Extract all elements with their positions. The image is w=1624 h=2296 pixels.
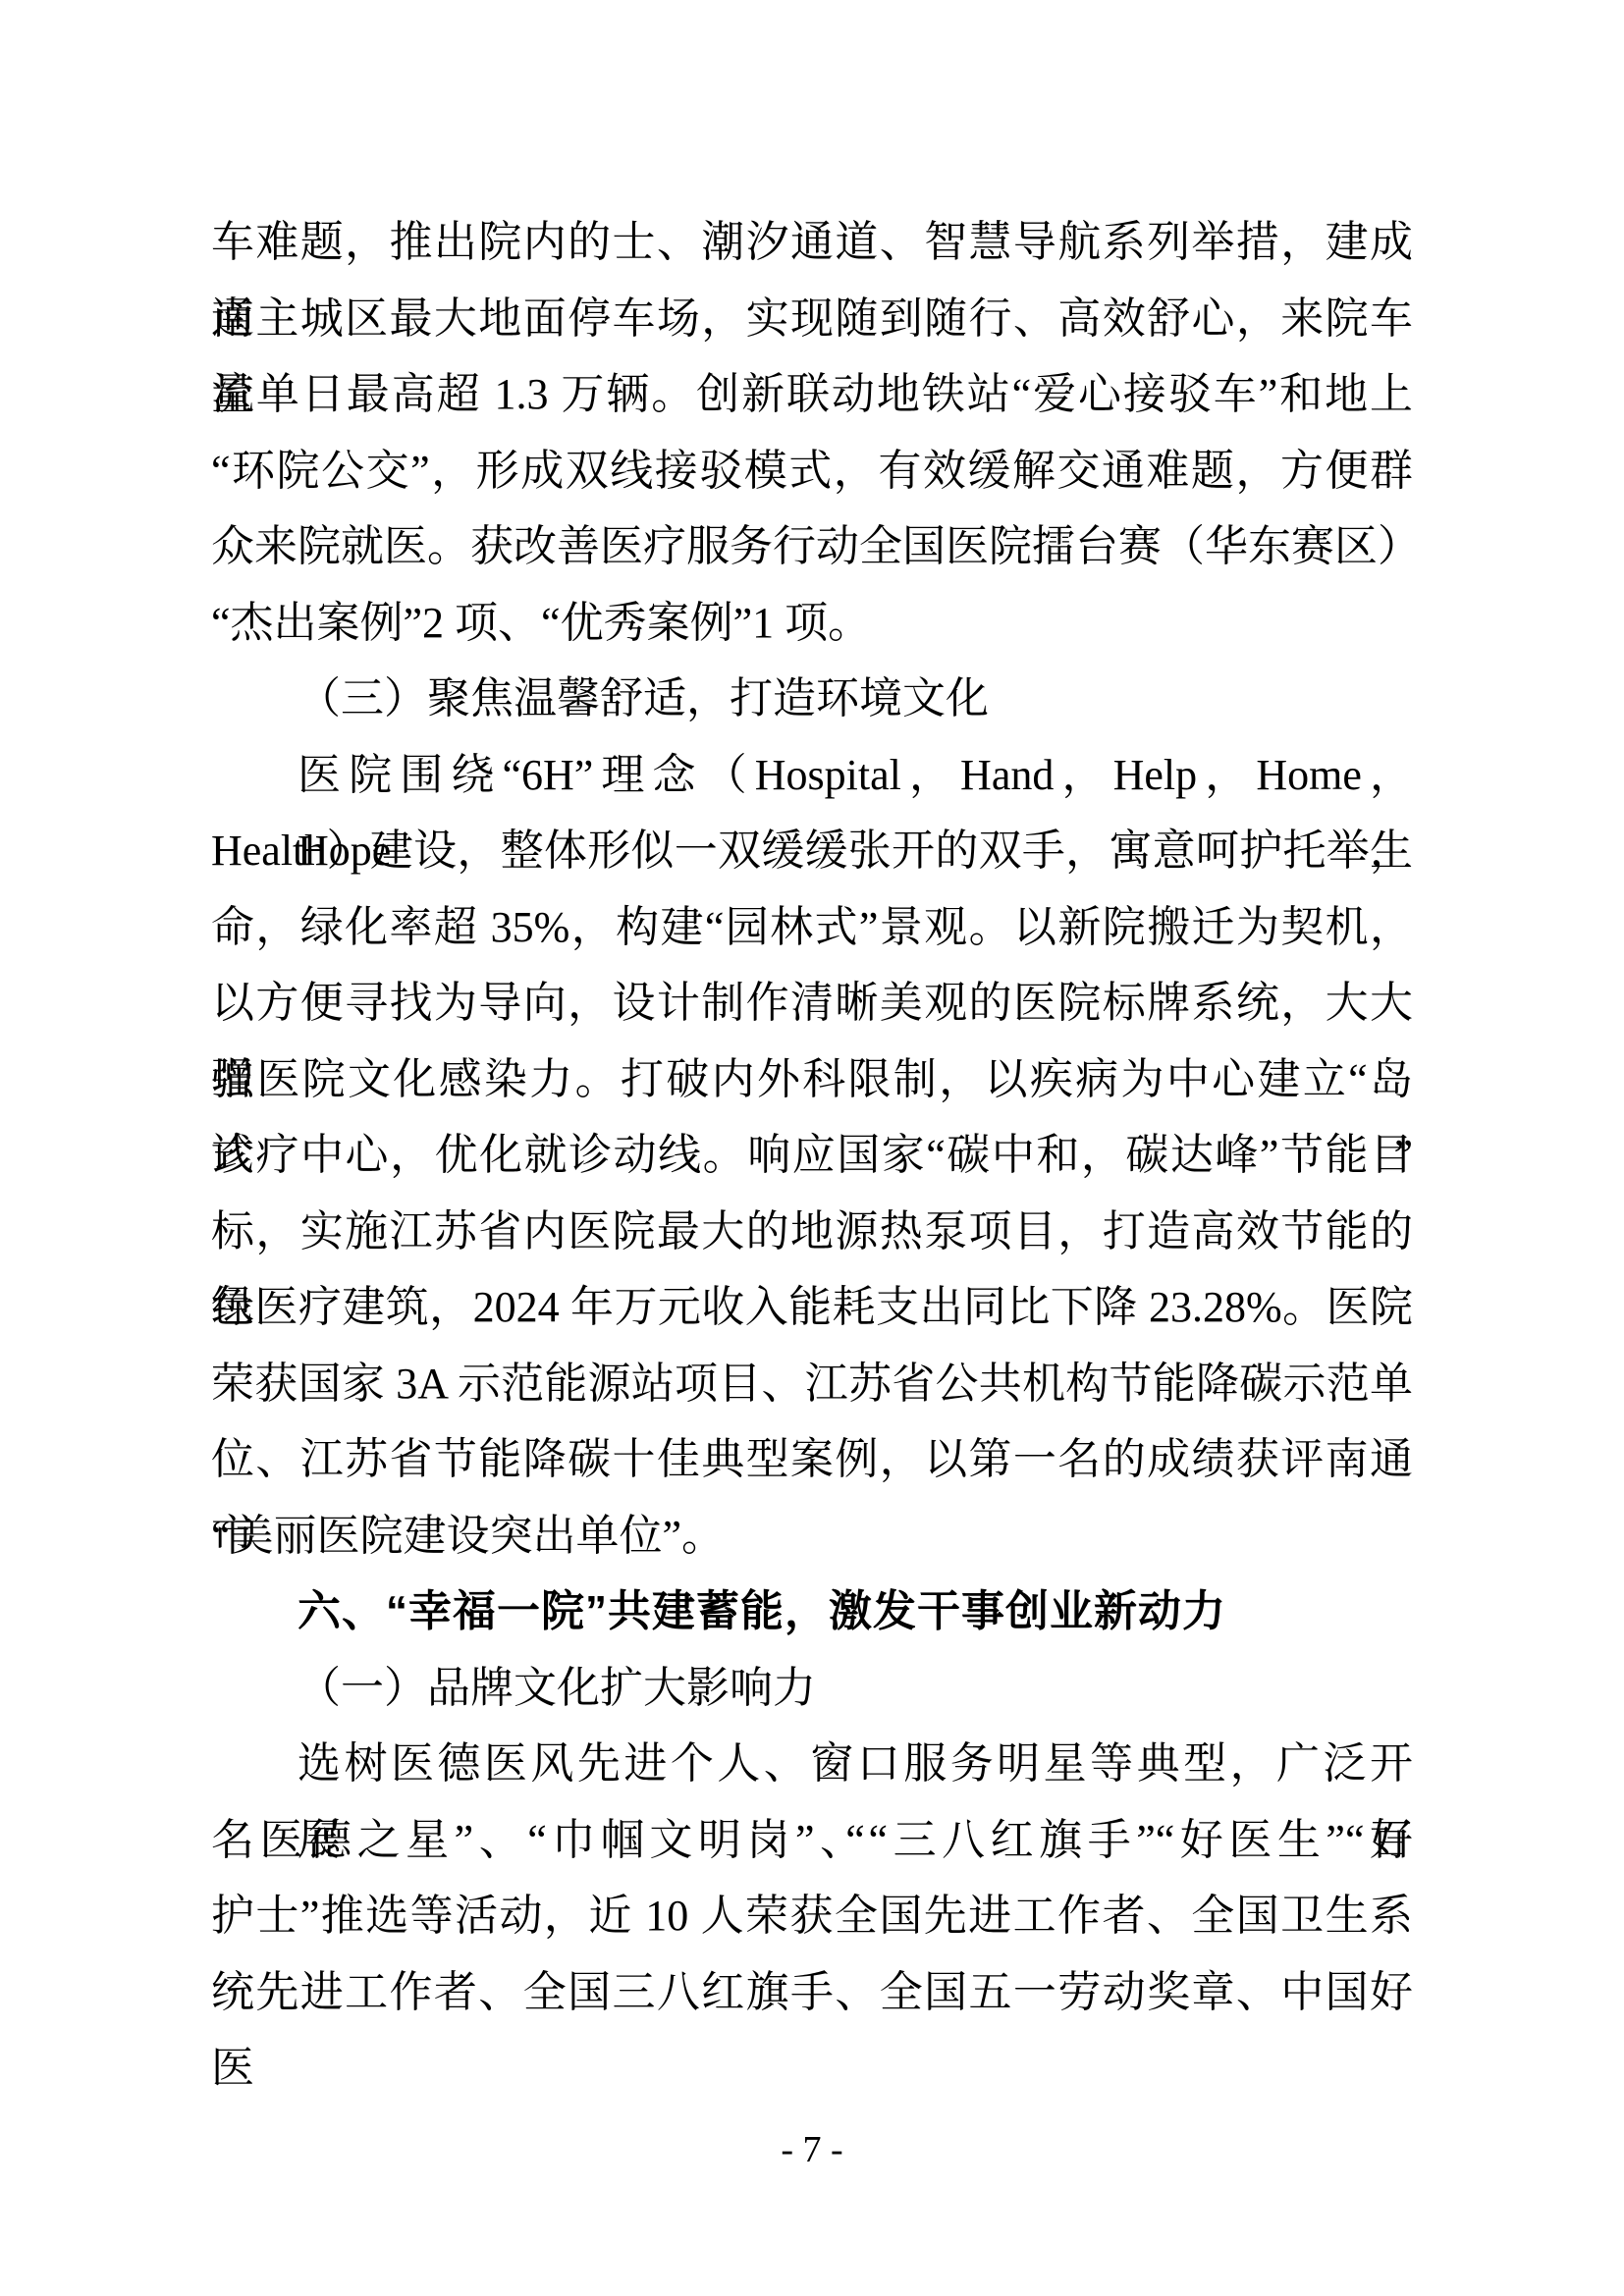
subsection-heading: （三）聚焦温馨舒适，打造环境文化 [211, 661, 1413, 737]
body-line: 众来院就医。获改善医疗服务行动全国医院擂台赛（华东赛区） [211, 508, 1413, 585]
document-text-block: 车难题，推出院内的士、潮汐通道、智慧导航系列举措，建成南 通主城区最大地面停车场… [211, 204, 1413, 2030]
page-number: - 7 - [0, 2128, 1624, 2171]
body-line: 标，实施江苏省内医院最大的地源热泵项目，打造高效节能的绿 [211, 1194, 1413, 1270]
body-line: 通主城区最大地面停车场，实现随到随行、高效舒心，来院车流 [211, 281, 1413, 357]
body-line-paragraph-end: “美丽医院建设突出单位”。 [211, 1498, 1413, 1575]
section-heading: 六、“幸福一院”共建蓄能，激发干事创业新动力 [211, 1574, 1413, 1650]
body-line: 强医院文化感染力。打破内外科限制，以疾病为中心建立“岛式” [211, 1041, 1413, 1118]
body-line: Health）建设，整体形似一双缓缓张开的双手，寓意呵护托举生 [211, 813, 1413, 889]
body-line: “环院公交”，形成双线接驳模式，有效缓解交通难题，方便群 [211, 433, 1413, 509]
body-line: 车难题，推出院内的士、潮汐通道、智慧导航系列举措，建成南 [211, 204, 1413, 281]
body-line: 以方便寻找为导向，设计制作清晰美观的医院标牌系统，大大增 [211, 965, 1413, 1041]
body-line: 量单日最高超 1.3 万辆。创新联动地铁站“爱心接驳车”和地上 [211, 356, 1413, 433]
body-line: 名医德之星”、“巾帼文明岗”、“三八红旗手”“好医生”“好 [211, 1802, 1413, 1879]
body-line: 诊疗中心，优化就诊动线。响应国家“碳中和，碳达峰”节能目 [211, 1117, 1413, 1194]
body-line-paragraph-start: 医院围绕“6H”理念（Hospital，Hand，Help，Home，Hope， [211, 737, 1413, 814]
body-line-paragraph-start: 选树医德医风先进个人、窗口服务明星等典型，广泛开展“百 [211, 1726, 1413, 1802]
subsection-heading: （一）品牌文化扩大影响力 [211, 1650, 1413, 1727]
body-line: 荣获国家 3A 示范能源站项目、江苏省公共机构节能降碳示范单 [211, 1346, 1413, 1422]
body-line: 色医疗建筑，2024 年万元收入能耗支出同比下降 23.28%。医院 [211, 1269, 1413, 1346]
document-page: 车难题，推出院内的士、潮汐通道、智慧导航系列举措，建成南 通主城区最大地面停车场… [0, 0, 1624, 2296]
body-line: 位、江苏省节能降碳十佳典型案例，以第一名的成绩获评南通市 [211, 1421, 1413, 1498]
body-line: 护士”推选等活动，近 10 人荣获全国先进工作者、全国卫生系 [211, 1878, 1413, 1954]
body-line: 命，绿化率超 35%，构建“园林式”景观。以新院搬迁为契机， [211, 889, 1413, 966]
body-line: 统先进工作者、全国三八红旗手、全国五一劳动奖章、中国好医 [211, 1954, 1413, 2031]
body-line-paragraph-end: “杰出案例”2 项、“优秀案例”1 项。 [211, 585, 1413, 662]
